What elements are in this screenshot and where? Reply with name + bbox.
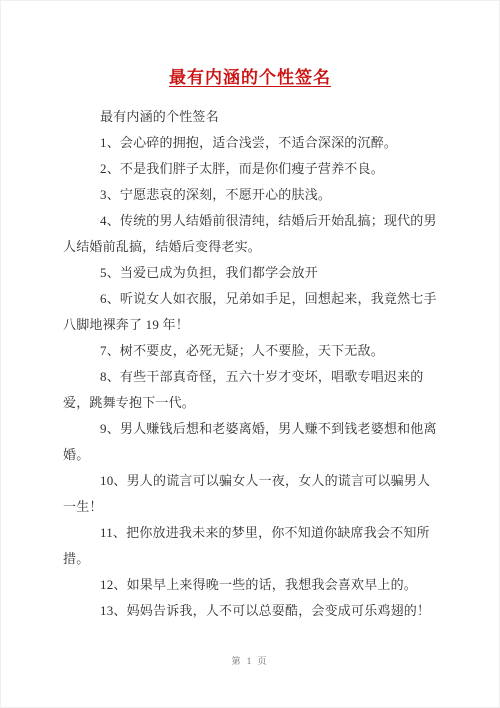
signature-item-1: 1、会心碎的拥抱，适合浅尝，不适合深深的沉醉。 — [63, 130, 439, 156]
signature-item-3: 3、宁愿悲哀的深刻，不愿开心的肤浅。 — [63, 182, 439, 208]
document-subtitle: 最有内涵的个性签名 — [63, 104, 439, 130]
document-page: 最有内涵的个性签名 最有内涵的个性签名 1、会心碎的拥抱，适合浅尝，不适合深深的… — [0, 0, 500, 708]
signature-item-7: 7、树不要皮，必死无疑；人不要脸，天下无敌。 — [63, 338, 439, 364]
page-title: 最有内涵的个性签名 — [1, 1, 499, 88]
document-body: 最有内涵的个性签名 1、会心碎的拥抱，适合浅尝，不适合深深的沉醉。 2、不是我们… — [63, 104, 439, 624]
signature-item-10: 10、男人的谎言可以骗女人一夜，女人的谎言可以骗男人一生！ — [63, 468, 439, 520]
signature-item-6: 6、听说女人如衣服，兄弟如手足，回想起来，我竟然七手八脚地裸奔了 19 年！ — [63, 286, 439, 338]
signature-item-11: 11、把你放进我未来的梦里，你不知道你缺席我会不知所措。 — [63, 520, 439, 572]
signature-item-13: 13、妈妈告诉我，人不可以总耍酷，会变成可乐鸡翅的！ — [63, 598, 439, 624]
signature-item-9: 9、男人赚钱后想和老婆离婚，男人赚不到钱老婆想和他离婚。 — [63, 416, 439, 468]
page-number: 第 1 页 — [1, 654, 499, 667]
signature-item-2: 2、不是我们胖子太胖，而是你们瘦子营养不良。 — [63, 156, 439, 182]
signature-item-4: 4、传统的男人结婚前很清纯，结婚后开始乱搞；现代的男人结婚前乱搞，结婚后变得老实… — [63, 208, 439, 260]
signature-item-8: 8、有些干部真奇怪，五六十岁才变坏，唱歌专唱迟来的爱，跳舞专抱下一代。 — [63, 364, 439, 416]
signature-item-5: 5、当爱已成为负担，我们都学会放开 — [63, 260, 439, 286]
signature-item-12: 12、如果早上来得晚一些的话，我想我会喜欢早上的。 — [63, 572, 439, 598]
